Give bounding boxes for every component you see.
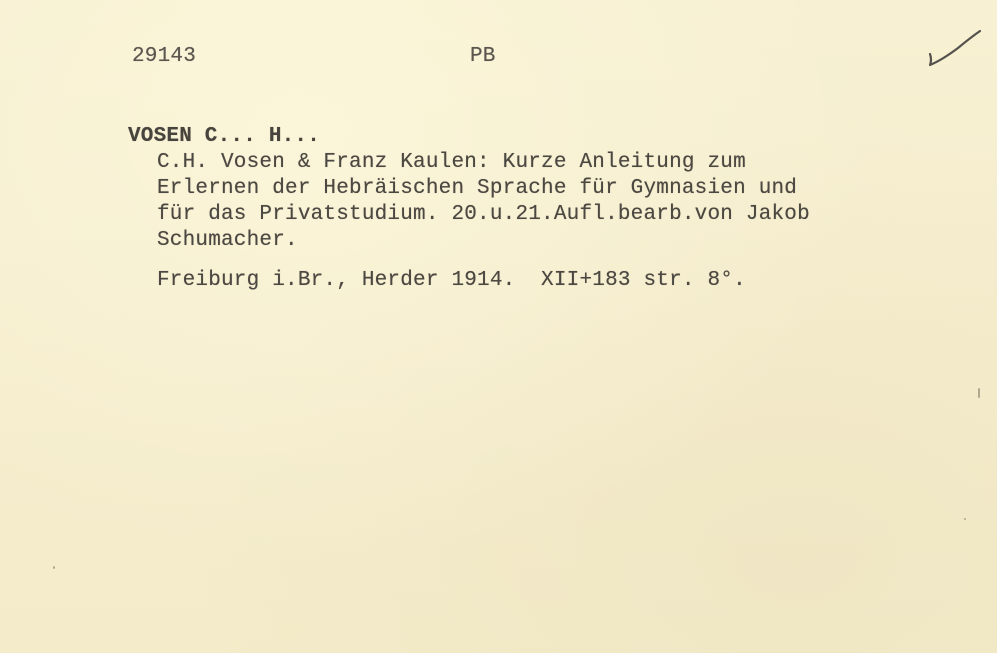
- title-line-1: C.H. Vosen & Franz Kaulen: Kurze Anleitu…: [157, 150, 746, 176]
- call-number: 29143: [132, 44, 196, 70]
- checkmark-icon: [924, 26, 984, 70]
- title-line-3: für das Privatstudium. 20.u.21.Aufl.bear…: [157, 202, 810, 228]
- paper-speck: [964, 518, 966, 520]
- paper-speck: [978, 388, 980, 398]
- title-line-4: Schumacher.: [157, 228, 298, 254]
- catalog-card: 29143 PB VOSEN C... H... C.H. Vosen & Fr…: [0, 0, 997, 653]
- location-code: PB: [470, 44, 496, 70]
- author-heading: VOSEN C... H...: [128, 124, 320, 150]
- paper-speck: [53, 566, 55, 569]
- title-line-2: Erlernen der Hebräischen Sprache für Gym…: [157, 176, 797, 202]
- imprint-line: Freiburg i.Br., Herder 1914. XII+183 str…: [157, 268, 746, 294]
